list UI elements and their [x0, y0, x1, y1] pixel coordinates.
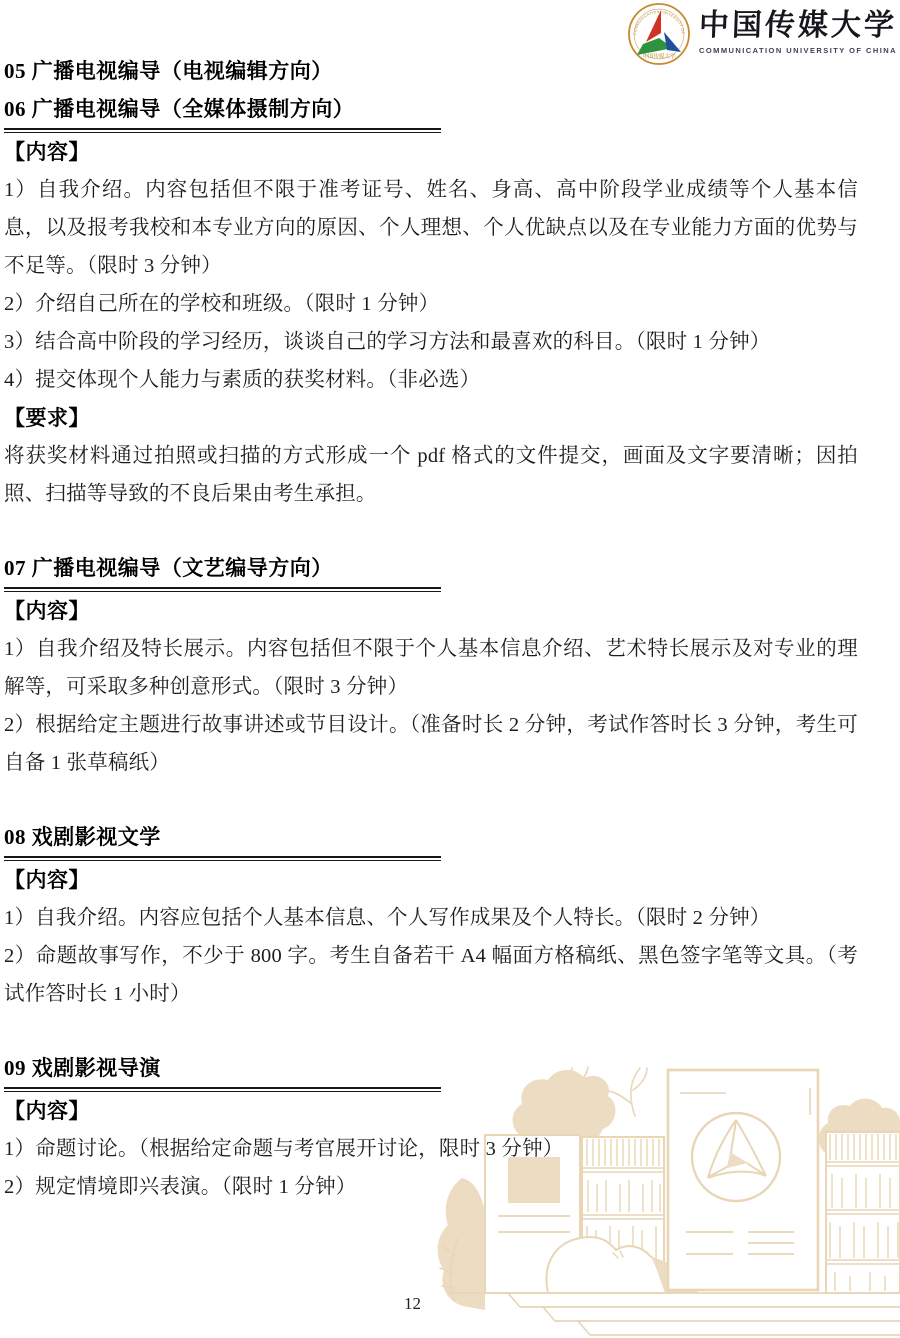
content-paragraph: 将获奖材料通过拍照或扫描的方式形成一个 pdf 格式的文件提交，画面及文字要清晰…: [4, 437, 858, 513]
content-label: 【内容】: [4, 133, 858, 171]
page-number: 12: [404, 1294, 421, 1314]
content-paragraph: 1）自我介绍。内容包括但不限于准考证号、姓名、身高、高中阶段学业成绩等个人基本信…: [4, 171, 858, 285]
logo-text-block: 中国传媒大学 COMMUNICATION UNIVERSITY OF CHINA: [699, 2, 897, 55]
content-paragraph: 1）自我介绍。内容应包括个人基本信息、个人写作成果及个人特长。（限时 2 分钟）: [4, 899, 858, 937]
content-label: 【要求】: [4, 399, 858, 437]
university-name-cn: 中国传媒大学: [698, 10, 897, 42]
content-label: 【内容】: [4, 592, 858, 630]
section-title: 06 广播电视编导（全媒体摄制方向）: [4, 90, 858, 128]
content-label: 【内容】: [4, 1092, 858, 1130]
content-paragraph: 2）根据给定主题进行故事讲述或节目设计。（准备时长 2 分钟，考试作答时长 3 …: [4, 706, 858, 782]
emblem-bottom-text: 中国传媒大学: [642, 52, 676, 60]
document-body: 05 广播电视编导（电视编辑方向）06 广播电视编导（全媒体摄制方向）【内容】1…: [4, 52, 858, 1206]
content-label: 【内容】: [4, 861, 858, 899]
document-page: COMMUNICATION UNIVERSITY OF CHINA 中国传媒大学…: [0, 0, 900, 1338]
university-logo: COMMUNICATION UNIVERSITY OF CHINA 中国传媒大学…: [627, 2, 897, 66]
content-paragraph: 2）规定情境即兴表演。（限时 1 分钟）: [4, 1168, 858, 1206]
university-name-en: COMMUNICATION UNIVERSITY OF CHINA: [699, 46, 897, 55]
content-paragraph: 2）命题故事写作，不少于 800 字。考生自备若干 A4 幅面方格稿纸、黑色签字…: [4, 937, 858, 1013]
section-title: 09 戏剧影视导演: [4, 1049, 858, 1087]
content-paragraph: 4）提交体现个人能力与素质的获奖材料。（非必选）: [4, 361, 858, 399]
content-paragraph: 3）结合高中阶段的学习经历，谈谈自己的学习方法和最喜欢的科目。（限时 1 分钟）: [4, 323, 858, 361]
section-title: 07 广播电视编导（文艺编导方向）: [4, 549, 858, 587]
content-paragraph: 1）命题讨论。（根据给定命题与考官展开讨论，限时 3 分钟）: [4, 1130, 858, 1168]
content-paragraph: 1）自我介绍及特长展示。内容包括但不限于个人基本信息介绍、艺术特长展示及对专业的…: [4, 630, 858, 706]
section-title: 08 戏剧影视文学: [4, 818, 858, 856]
university-emblem-icon: COMMUNICATION UNIVERSITY OF CHINA 中国传媒大学: [627, 2, 691, 66]
content-paragraph: 2）介绍自己所在的学校和班级。（限时 1 分钟）: [4, 285, 858, 323]
